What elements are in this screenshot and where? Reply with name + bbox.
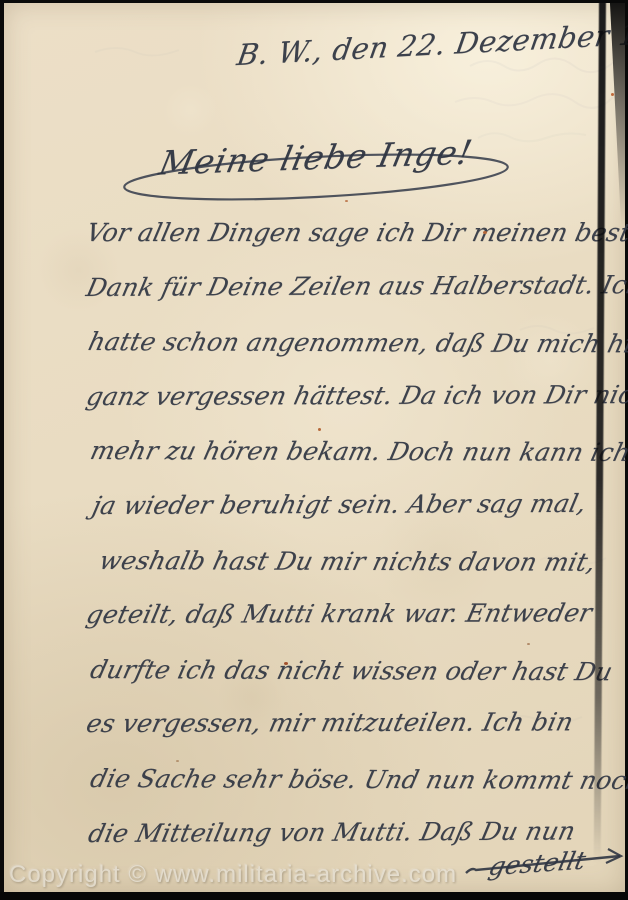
foxing-speck bbox=[256, 238, 258, 241]
handwritten-line: Dank für Deine Zeilen aus Halberstadt. I… bbox=[78, 270, 628, 327]
continuation-arrow-icon bbox=[462, 843, 628, 891]
handwritten-line: durfte ich das nicht wissen oder hast Du bbox=[82, 655, 628, 712]
salutation-block: Meine liebe Inge! bbox=[118, 130, 518, 210]
foxing-speck bbox=[345, 200, 348, 202]
letter-body: Vor allen Dingen sage ich Dir meinen bes… bbox=[84, 218, 624, 873]
foxing-speck bbox=[284, 662, 288, 665]
copyright-watermark: Copyright © www.militaria-archive.com bbox=[9, 861, 457, 889]
handwritten-line: es vergessen, mir mitzuteilen. Ich bin bbox=[78, 707, 628, 763]
handwritten-line: mehr zu hören bekam. Doch nun kann ich bbox=[82, 436, 628, 492]
handwritten-line: hatte schon angenommen, daß Du mich hier bbox=[80, 327, 628, 384]
handwritten-line: ganz vergessen hättest. Da ich von Dir n… bbox=[78, 380, 628, 436]
foxing-speck bbox=[611, 93, 614, 96]
foxing-speck bbox=[527, 643, 530, 645]
handwritten-line: weshalb hast Du mir nichts davon mit, bbox=[91, 546, 628, 602]
handwritten-line: die Sache sehr böse. Und nun kommt noch bbox=[82, 764, 628, 820]
foxing-speck bbox=[318, 428, 321, 431]
page-turn-catchword: gestellt bbox=[462, 843, 628, 891]
foxing-speck bbox=[483, 231, 487, 234]
handwritten-line: geteilt, daß Mutti krank war. Entweder bbox=[78, 598, 628, 654]
scan-bottom-border bbox=[0, 892, 628, 900]
handwritten-line: Vor allen Dingen sage ich Dir meinen bes… bbox=[78, 218, 628, 273]
handwritten-line: ja wieder beruhigt sein. Aber sag mal, bbox=[84, 489, 628, 546]
foxing-speck bbox=[176, 760, 179, 762]
scanned-letter-photo: B. W., den 22. Dezember 1941 Meine liebe… bbox=[0, 0, 628, 900]
